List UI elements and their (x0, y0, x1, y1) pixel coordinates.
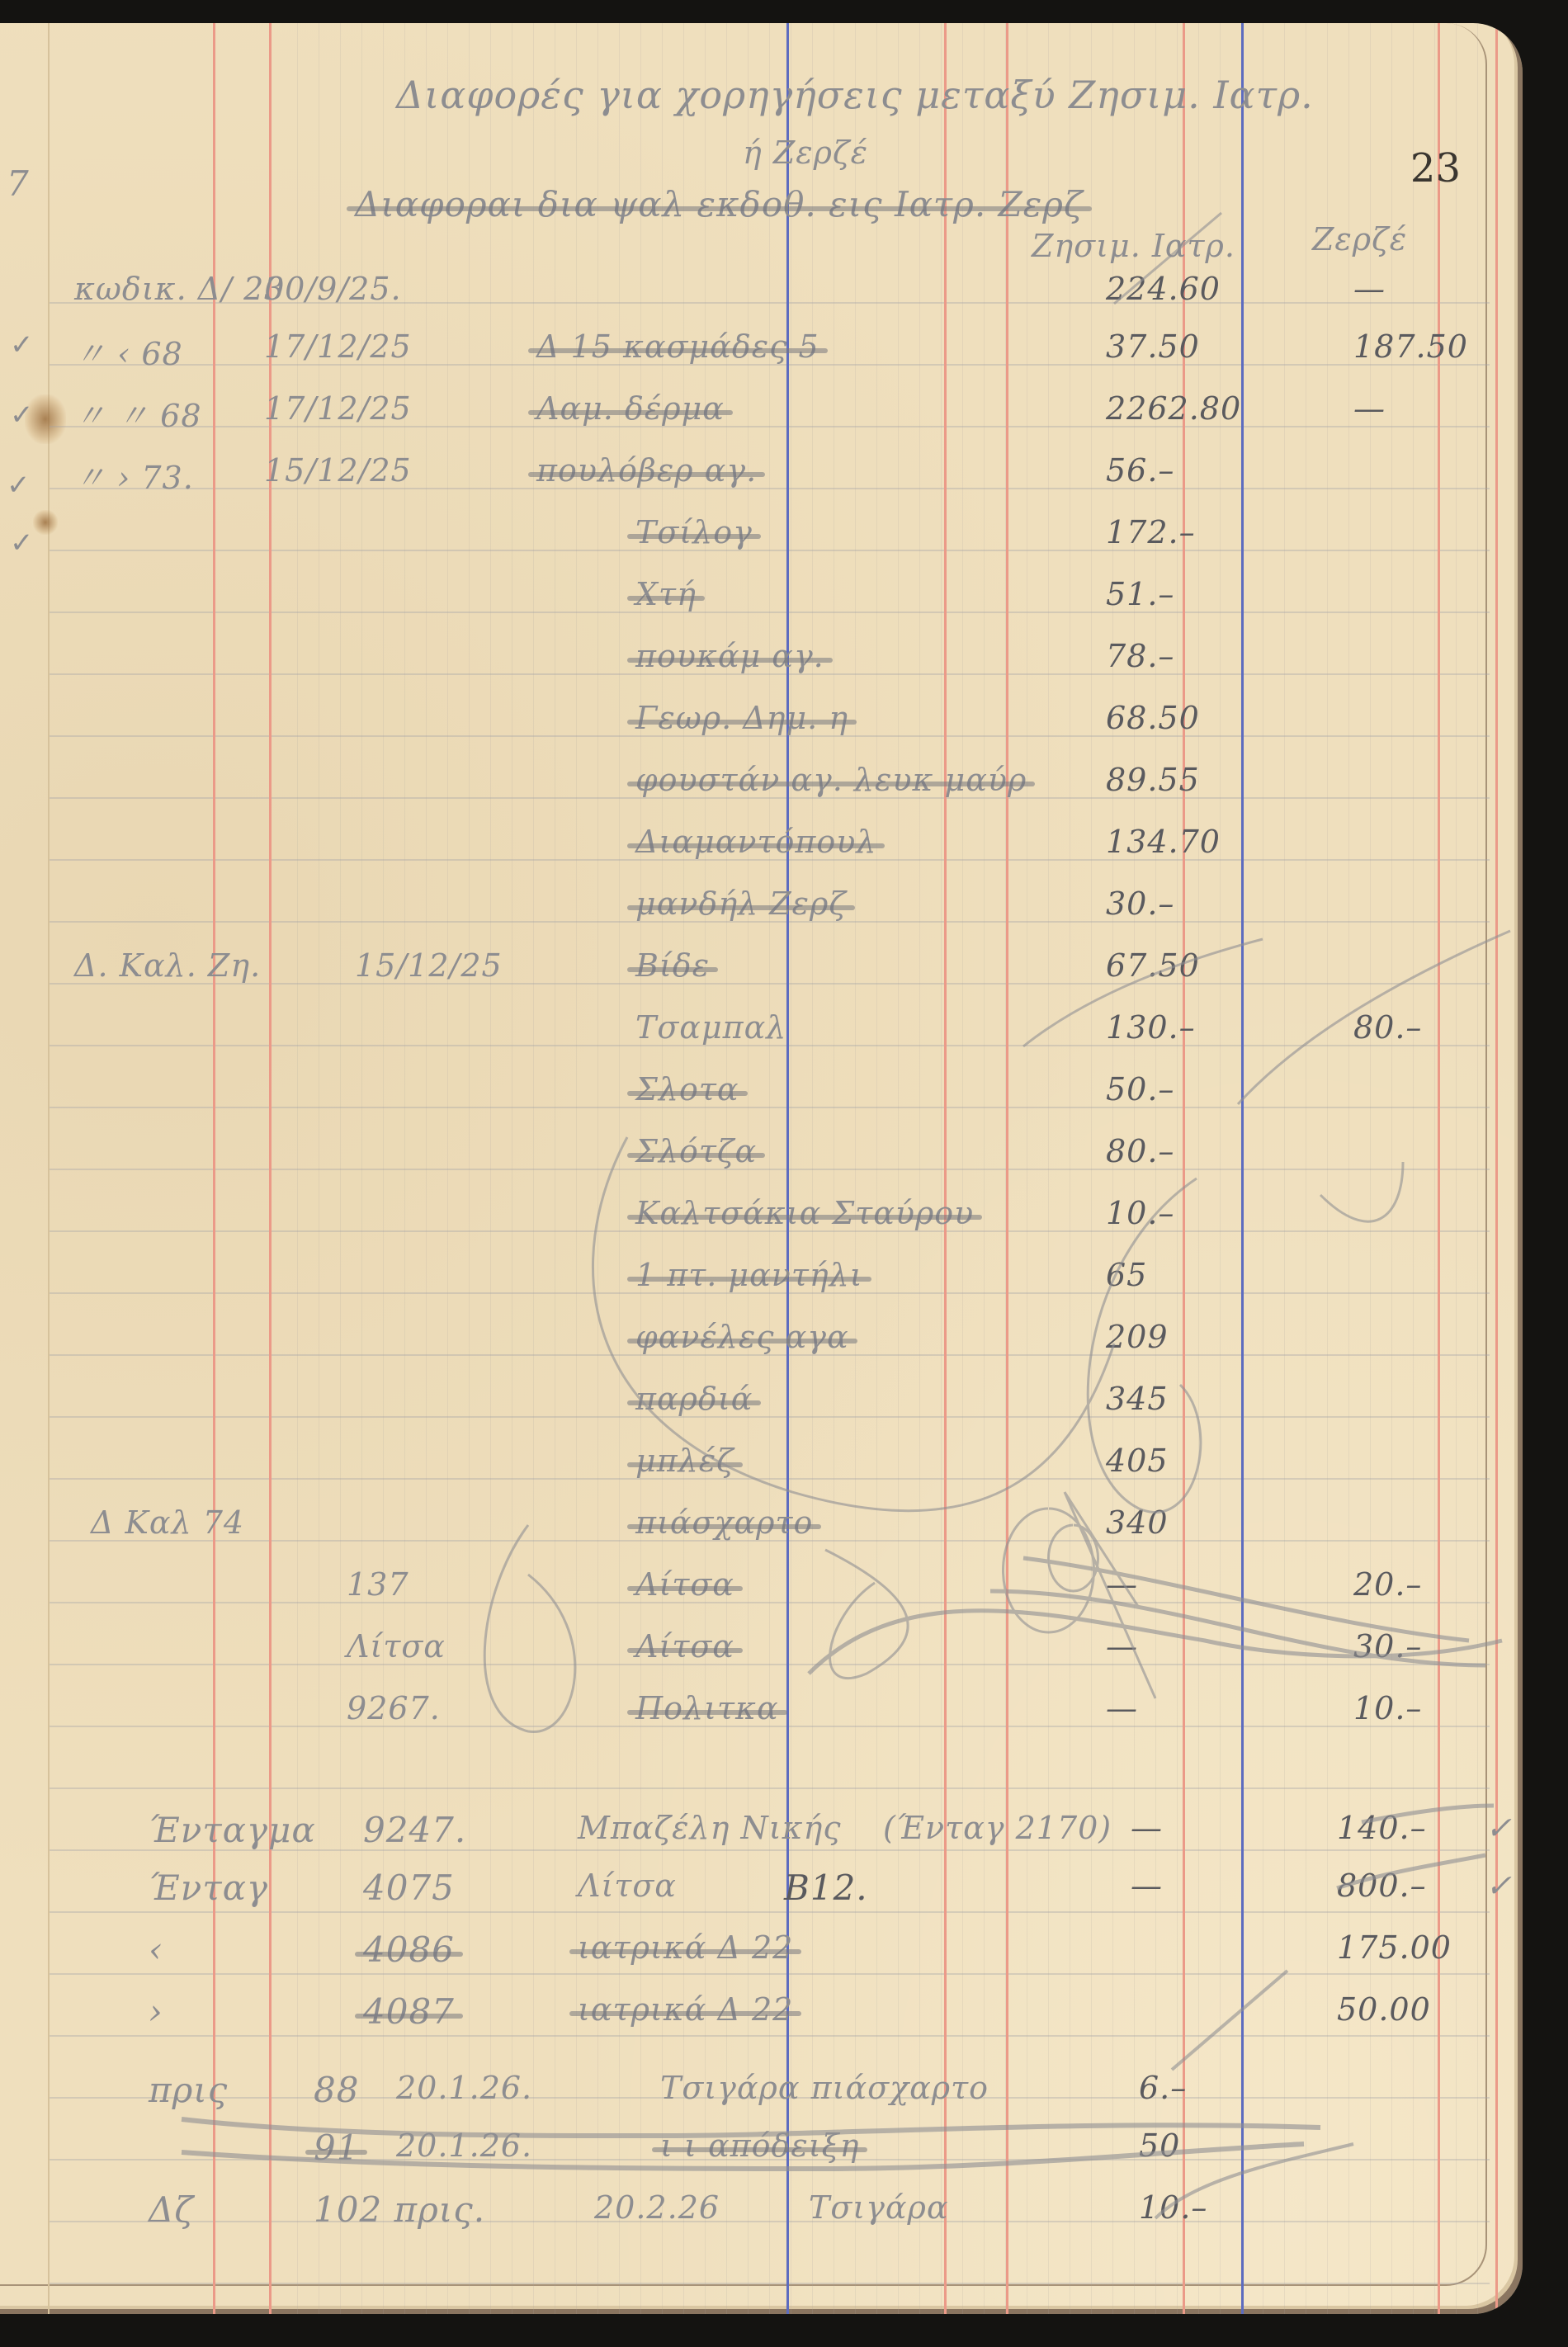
entry-amount-b: 10.– (1353, 1690, 1422, 1726)
entry-amount-a: 68.50 (1106, 700, 1200, 736)
entry-description: ιατρικά Δ 22 (578, 1991, 793, 2028)
entry-description: ιατρικά Δ 22 (578, 1929, 793, 1966)
ruled-line (50, 1107, 1490, 1108)
entry-date: 30/9/25. (264, 271, 402, 307)
entry-amount-a: 50 (1139, 2127, 1180, 2164)
column-rule-red (1438, 23, 1440, 2314)
entry-number: 4086 (363, 1929, 455, 1970)
entry-description: Καλτσάκια Σταύρου (635, 1195, 974, 1231)
ruled-line (50, 2221, 1490, 2222)
entry-date: 20.2.26 (594, 2189, 720, 2226)
entry-ref: Δ. Καλ. Ζη. (74, 947, 261, 984)
page-subtitle: ή Ζερζέ (743, 135, 868, 171)
entry-description: Διαμαντόπουλ (635, 824, 876, 860)
entry-amount-a: 2262.80 (1106, 390, 1241, 427)
entry-ref: Ένταγμα (149, 1810, 316, 1850)
notebook-page: 23 Διαφορές για χορηγήσεις μεταξύ Ζησιμ.… (0, 23, 1523, 2314)
entry-ref: ‹ (149, 1929, 163, 1970)
check-mark: ✓ (10, 328, 34, 361)
entry-amount-b: 20.– (1353, 1566, 1422, 1603)
entry-amount-a: 56.– (1106, 452, 1174, 489)
column-rule-red (1495, 23, 1498, 2314)
column-rule-red (944, 23, 947, 2314)
check-mark: ✓ (7, 469, 31, 502)
page-number: 23 (1410, 145, 1461, 191)
entry-date: 15/12/25 (355, 947, 503, 984)
ruled-line (50, 1602, 1490, 1603)
entry-amount-a: 30.– (1106, 885, 1174, 922)
entry-description: Τσίλογ (635, 514, 753, 550)
check-mark: ✓ (1485, 1810, 1513, 1846)
margin-rule-red (269, 23, 272, 2314)
entry-amount-b: 30.– (1353, 1628, 1422, 1665)
page-title: Διαφορές για χορηγήσεις μεταξύ Ζησιμ. Ια… (396, 73, 1314, 117)
entry-amount-a: — (1106, 1628, 1138, 1665)
entry-number: 88 (314, 2070, 359, 2110)
entry-ref: 〃 ‹ 68 (74, 328, 183, 374)
entry-amount-b: — (1353, 271, 1386, 307)
entry-amount-a: 6.– (1139, 2070, 1187, 2106)
entry-amount-a: 67.50 (1106, 947, 1200, 984)
entry-amount-a: — (1131, 1810, 1163, 1846)
entry-date: 20.1.26. (396, 2127, 532, 2164)
entry-description: Χτή (635, 576, 697, 612)
entry-amount-a: — (1106, 1690, 1138, 1726)
entry-date: Λίτσα (347, 1628, 446, 1665)
entry-number: 102 πρις. (314, 2189, 485, 2230)
entry-description: παρδιά (635, 1381, 753, 1417)
entry-ref: 〃 〃 68 (74, 390, 202, 436)
entry-note: (Ένταγ 2170) (883, 1810, 1112, 1846)
check-mark: ✓ (1485, 1868, 1513, 1904)
entry-date: 17/12/25 (264, 390, 412, 427)
entry-amount-b: 140.– (1337, 1810, 1427, 1846)
entry-description: Σλοτα (635, 1071, 739, 1107)
column-header-left: Ζησιμ. Ιατρ. (1032, 228, 1235, 264)
entry-number: 4087 (363, 1991, 455, 2032)
ruled-line (50, 1787, 1490, 1789)
entry-description: φουστάν αγ. λευκ μαύρ (635, 762, 1027, 798)
entry-amount-b: 175.00 (1337, 1929, 1452, 1966)
entry-ref: › (149, 1991, 163, 2032)
margin-rule-red (213, 23, 215, 2314)
entry-ref: Δ Καλ 74 (91, 1504, 244, 1541)
entry-ref: Ένταγ (149, 1868, 268, 1908)
entry-ref: 〃 › 73. (74, 452, 194, 498)
entry-note: Β12. (784, 1868, 868, 1908)
ruled-line (50, 1478, 1490, 1480)
entry-number: 9247. (363, 1810, 466, 1850)
entry-ref: πρις (149, 2070, 228, 2110)
entry-amount-a: — (1106, 1566, 1138, 1603)
entry-date: 9267. (347, 1690, 441, 1726)
entry-amount-b: 80.– (1353, 1009, 1422, 1046)
entry-amount-a: 51.– (1106, 576, 1174, 612)
entry-amount-a: 89.55 (1106, 762, 1200, 798)
check-mark: ✓ (10, 399, 34, 432)
column-rule-red (1183, 23, 1185, 2314)
entry-date: 20.1.26. (396, 2070, 532, 2106)
column-rule-blue (1241, 23, 1244, 2314)
entry-description: Λίτσα (578, 1868, 677, 1904)
ruled-line (50, 612, 1490, 613)
entry-description: πιάσχαρτο (635, 1504, 813, 1541)
entry-ref: κωδικ. Δ/ 20 (74, 271, 285, 307)
crossed-header: Διαφοραι δια ψαλ εκδοθ. εις Ιατρ. Ζερζ (355, 184, 1084, 224)
entry-amount-b: 50.00 (1337, 1991, 1431, 2028)
ruled-line (50, 1973, 1490, 1975)
rust-stain (33, 510, 58, 535)
entry-description: Τσιγάρα (809, 2189, 949, 2226)
entry-description: Πολιτκα (635, 1690, 779, 1726)
ruled-line (50, 1169, 1490, 1170)
ruled-line (50, 1416, 1490, 1418)
entry-description: Λίτσα (635, 1628, 734, 1665)
entry-amount-a: 345 (1106, 1381, 1169, 1417)
ruled-line (50, 2283, 1490, 2284)
ruled-line (50, 1664, 1490, 1665)
margin-mark: 7 (7, 163, 30, 204)
entry-number: 91 (314, 2127, 359, 2168)
entry-description: 1 πτ. μαντήλι (635, 1257, 863, 1293)
entry-amount-a: 130.– (1106, 1009, 1196, 1046)
entry-description: πουλόβερ αγ. (536, 452, 757, 489)
entry-description: Γεωρ. Δημ. η (635, 700, 848, 736)
entry-amount-a: 78.– (1106, 638, 1174, 674)
entry-number: 4075 (363, 1868, 455, 1908)
entry-description: μανδήλ Ζερζ (635, 885, 847, 922)
entry-amount-a: 10.– (1139, 2189, 1207, 2226)
entry-amount-a: 134.70 (1106, 824, 1221, 860)
entry-amount-b: 187.50 (1353, 328, 1468, 365)
ruled-line (50, 550, 1490, 551)
entry-description: Βίδε (635, 947, 710, 984)
entry-amount-a: 80.– (1106, 1133, 1174, 1169)
entry-amount-a: 65 (1106, 1257, 1147, 1293)
entry-amount-b: 800.– (1337, 1868, 1427, 1904)
entry-amount-a: 172.– (1106, 514, 1196, 550)
entry-amount-a: 405 (1106, 1443, 1169, 1479)
entry-description: Σλότζα (635, 1133, 757, 1169)
ruled-line (50, 983, 1490, 985)
entry-amount-a: 50.– (1106, 1071, 1174, 1107)
entry-description: Λίτσα (635, 1566, 734, 1603)
entry-amount-a: 209 (1106, 1319, 1169, 1355)
entry-description: Δ 15 κασμάδες 5 (536, 328, 819, 365)
entry-description: Τσαμπαλ (635, 1009, 786, 1046)
entry-amount-a: 224.60 (1106, 271, 1221, 307)
entry-amount-a: — (1131, 1868, 1163, 1904)
entry-amount-a: 10.– (1106, 1195, 1174, 1231)
entry-amount-a: 340 (1106, 1504, 1169, 1541)
entry-description: ι ι απόδειξη (660, 2127, 859, 2164)
entry-amount-a: 37.50 (1106, 328, 1200, 365)
entry-description: πουκάμ αγ. (635, 638, 824, 674)
ruled-line (50, 2035, 1490, 2037)
entry-description: Μπαζέλη Νικής (578, 1810, 842, 1846)
entry-description: μπλέζ (635, 1443, 734, 1479)
entry-date: 137 (347, 1566, 409, 1603)
entry-description: φανέλες αγα (635, 1319, 849, 1355)
column-rule-blue (786, 23, 789, 2314)
entry-ref: Δζ (149, 2189, 194, 2230)
ruled-line (50, 1911, 1490, 1913)
entry-description: Τσιγάρα πιάσχαρτο (660, 2070, 989, 2106)
entry-date: 17/12/25 (264, 328, 412, 365)
entry-date: 15/12/25 (264, 452, 412, 489)
column-rule-red (1006, 23, 1008, 2314)
entry-description: Λαμ. δέρμα (536, 390, 725, 427)
check-mark: ✓ (10, 527, 34, 560)
column-header-right: Ζερζέ (1312, 221, 1407, 257)
entry-amount-b: — (1353, 390, 1386, 427)
